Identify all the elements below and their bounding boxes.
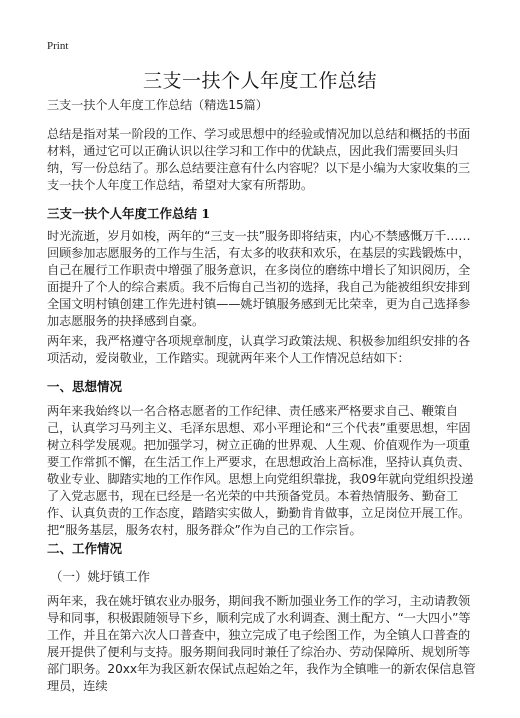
paragraph-1: 时光流逝，岁月如梭，两年的“三支一扶”服务即将结束，内心不禁感慨万千……回顾参加… [47,228,477,330]
heading-work: 二、工作情况 [47,539,122,557]
document-title: 三支一扶个人年度工作总结 [0,66,520,93]
document-subtitle: 三支一扶个人年度工作总结（精选15篇） [47,97,477,114]
paragraph-3: 两年来我始终以一名合格志愿者的工作纪律、责任感来严格要求自己、鞭策自己，认真学习… [47,403,477,539]
print-label[interactable]: Print [47,40,68,52]
subheading-town: （一）姚圩镇工作 [50,567,150,585]
intro-paragraph: 总结是指对某一阶段的工作、学习或思想中的经验或情况加以总结和概括的书面材料，通过… [47,126,477,194]
paragraph-4: 两年来，我在姚圩镇农业办服务，期间我不断加强业务工作的学习，主动请教领导和同事，… [47,593,477,695]
paragraph-2: 两年来，我严格遵守各项规章制度，认真学习政策法规、积极参加组织安排的各项活动，爱… [47,333,477,367]
section-heading-1: 三支一扶个人年度工作总结 1 [47,204,210,222]
heading-thought: 一、思想情况 [47,377,122,395]
